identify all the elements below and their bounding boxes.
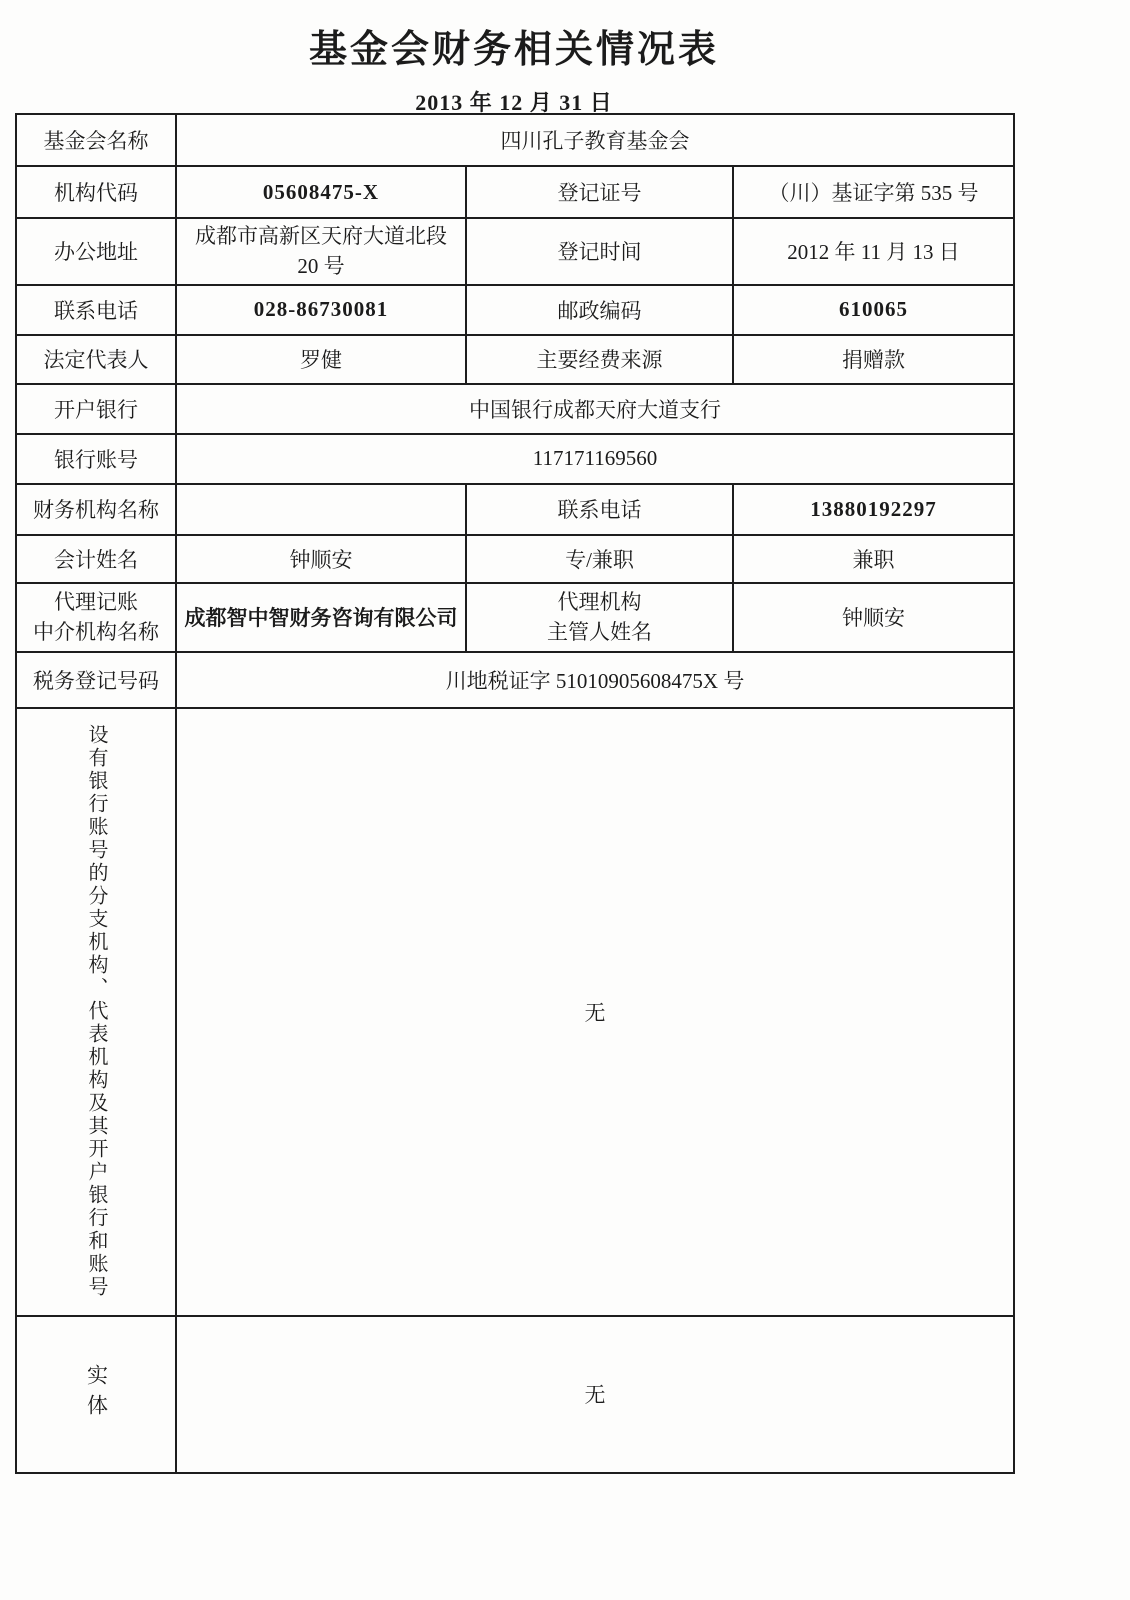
row-contact-phone: 联系电话 028-86730081 邮政编码 610065: [16, 285, 1014, 335]
row-legal-rep: 法定代表人 罗健 主要经费来源 捐赠款: [16, 335, 1014, 384]
finance-org-value: [176, 484, 466, 535]
branches-value: 无: [176, 708, 1014, 1316]
office-address-line1: 成都市高新区天府大道北段: [183, 221, 459, 251]
bank-account-label: 银行账号: [16, 434, 176, 484]
bank-account-value: 117171169560: [176, 434, 1014, 484]
job-type-label: 专/兼职: [466, 535, 733, 583]
tax-reg-value: 川地税证字 51010905608475X 号: [176, 652, 1014, 708]
scanned-form-page: 基金会财务相关情况表 2013 年 12 月 31 日 基金会名称 四川孔子教育…: [0, 0, 1130, 1600]
row-agency: 代理记账 中介机构名称 成都智中智财务咨询有限公司 代理机构 主管人姓名 钟顺安: [16, 583, 1014, 652]
agency-label-line1: 代理记账: [23, 587, 169, 617]
finance-phone-value: 13880192297: [733, 484, 1014, 535]
legal-rep-value: 罗健: [176, 335, 466, 384]
foundation-name-label: 基金会名称: [16, 114, 176, 166]
finance-phone-label: 联系电话: [466, 484, 733, 535]
agency-manager-value: 钟顺安: [733, 583, 1014, 652]
entity-label-vertical-text: 实体: [84, 1364, 107, 1424]
row-org-code: 机构代码 05608475-X 登记证号 （川）基证字第 535 号: [16, 166, 1014, 218]
org-code-label: 机构代码: [16, 166, 176, 218]
branches-label-vertical-text: 设有银行账号的分支机构、代表机构及其开户银行和账号: [85, 724, 107, 1299]
row-tax-reg: 税务登记号码 川地税证字 51010905608475X 号: [16, 652, 1014, 708]
foundation-name-value: 四川孔子教育基金会: [176, 114, 1014, 166]
agency-manager-label-line2: 主管人姓名: [473, 617, 726, 647]
row-bank: 开户银行 中国银行成都天府大道支行: [16, 384, 1014, 434]
job-type-value: 兼职: [733, 535, 1014, 583]
entity-value: 无: [176, 1316, 1014, 1473]
tax-reg-label: 税务登记号码: [16, 652, 176, 708]
finance-org-label: 财务机构名称: [16, 484, 176, 535]
row-foundation-name: 基金会名称 四川孔子教育基金会: [16, 114, 1014, 166]
office-address-label: 办公地址: [16, 218, 176, 285]
postcode-value: 610065: [733, 285, 1014, 335]
postcode-label: 邮政编码: [466, 285, 733, 335]
bank-value: 中国银行成都天府大道支行: [176, 384, 1014, 434]
office-address-line2: 20 号: [183, 251, 459, 281]
reg-date-label: 登记时间: [466, 218, 733, 285]
agency-value: 成都智中智财务咨询有限公司: [176, 583, 466, 652]
agency-manager-label-line1: 代理机构: [473, 587, 726, 617]
row-branches: 设有银行账号的分支机构、代表机构及其开户银行和账号 无: [16, 708, 1014, 1316]
agency-label: 代理记账 中介机构名称: [16, 583, 176, 652]
page-title: 基金会财务相关情况表: [15, 30, 1013, 72]
accountant-label: 会计姓名: [16, 535, 176, 583]
row-finance-org: 财务机构名称 联系电话 13880192297: [16, 484, 1014, 535]
agency-label-line2: 中介机构名称: [23, 617, 169, 647]
branches-label: 设有银行账号的分支机构、代表机构及其开户银行和账号: [16, 708, 176, 1316]
funding-source-value: 捐赠款: [733, 335, 1014, 384]
contact-phone-label: 联系电话: [16, 285, 176, 335]
contact-phone-value: 028-86730081: [176, 285, 466, 335]
legal-rep-label: 法定代表人: [16, 335, 176, 384]
row-accountant: 会计姓名 钟顺安 专/兼职 兼职: [16, 535, 1014, 583]
accountant-value: 钟顺安: [176, 535, 466, 583]
funding-source-label: 主要经费来源: [466, 335, 733, 384]
agency-manager-label: 代理机构 主管人姓名: [466, 583, 733, 652]
row-entity: 实体 无: [16, 1316, 1014, 1473]
reg-cert-label: 登记证号: [466, 166, 733, 218]
org-code-value: 05608475-X: [176, 166, 466, 218]
entity-label: 实体: [16, 1316, 176, 1473]
office-address-value: 成都市高新区天府大道北段 20 号: [176, 218, 466, 285]
form-header: 基金会财务相关情况表 2013 年 12 月 31 日: [15, 30, 1013, 117]
row-bank-account: 银行账号 117171169560: [16, 434, 1014, 484]
reg-date-value: 2012 年 11 月 13 日: [733, 218, 1014, 285]
row-office-address: 办公地址 成都市高新区天府大道北段 20 号 登记时间 2012 年 11 月 …: [16, 218, 1014, 285]
bank-label: 开户银行: [16, 384, 176, 434]
foundation-finance-table: 基金会名称 四川孔子教育基金会 机构代码 05608475-X 登记证号 （川）…: [15, 113, 1015, 1474]
reg-cert-value: （川）基证字第 535 号: [733, 166, 1014, 218]
